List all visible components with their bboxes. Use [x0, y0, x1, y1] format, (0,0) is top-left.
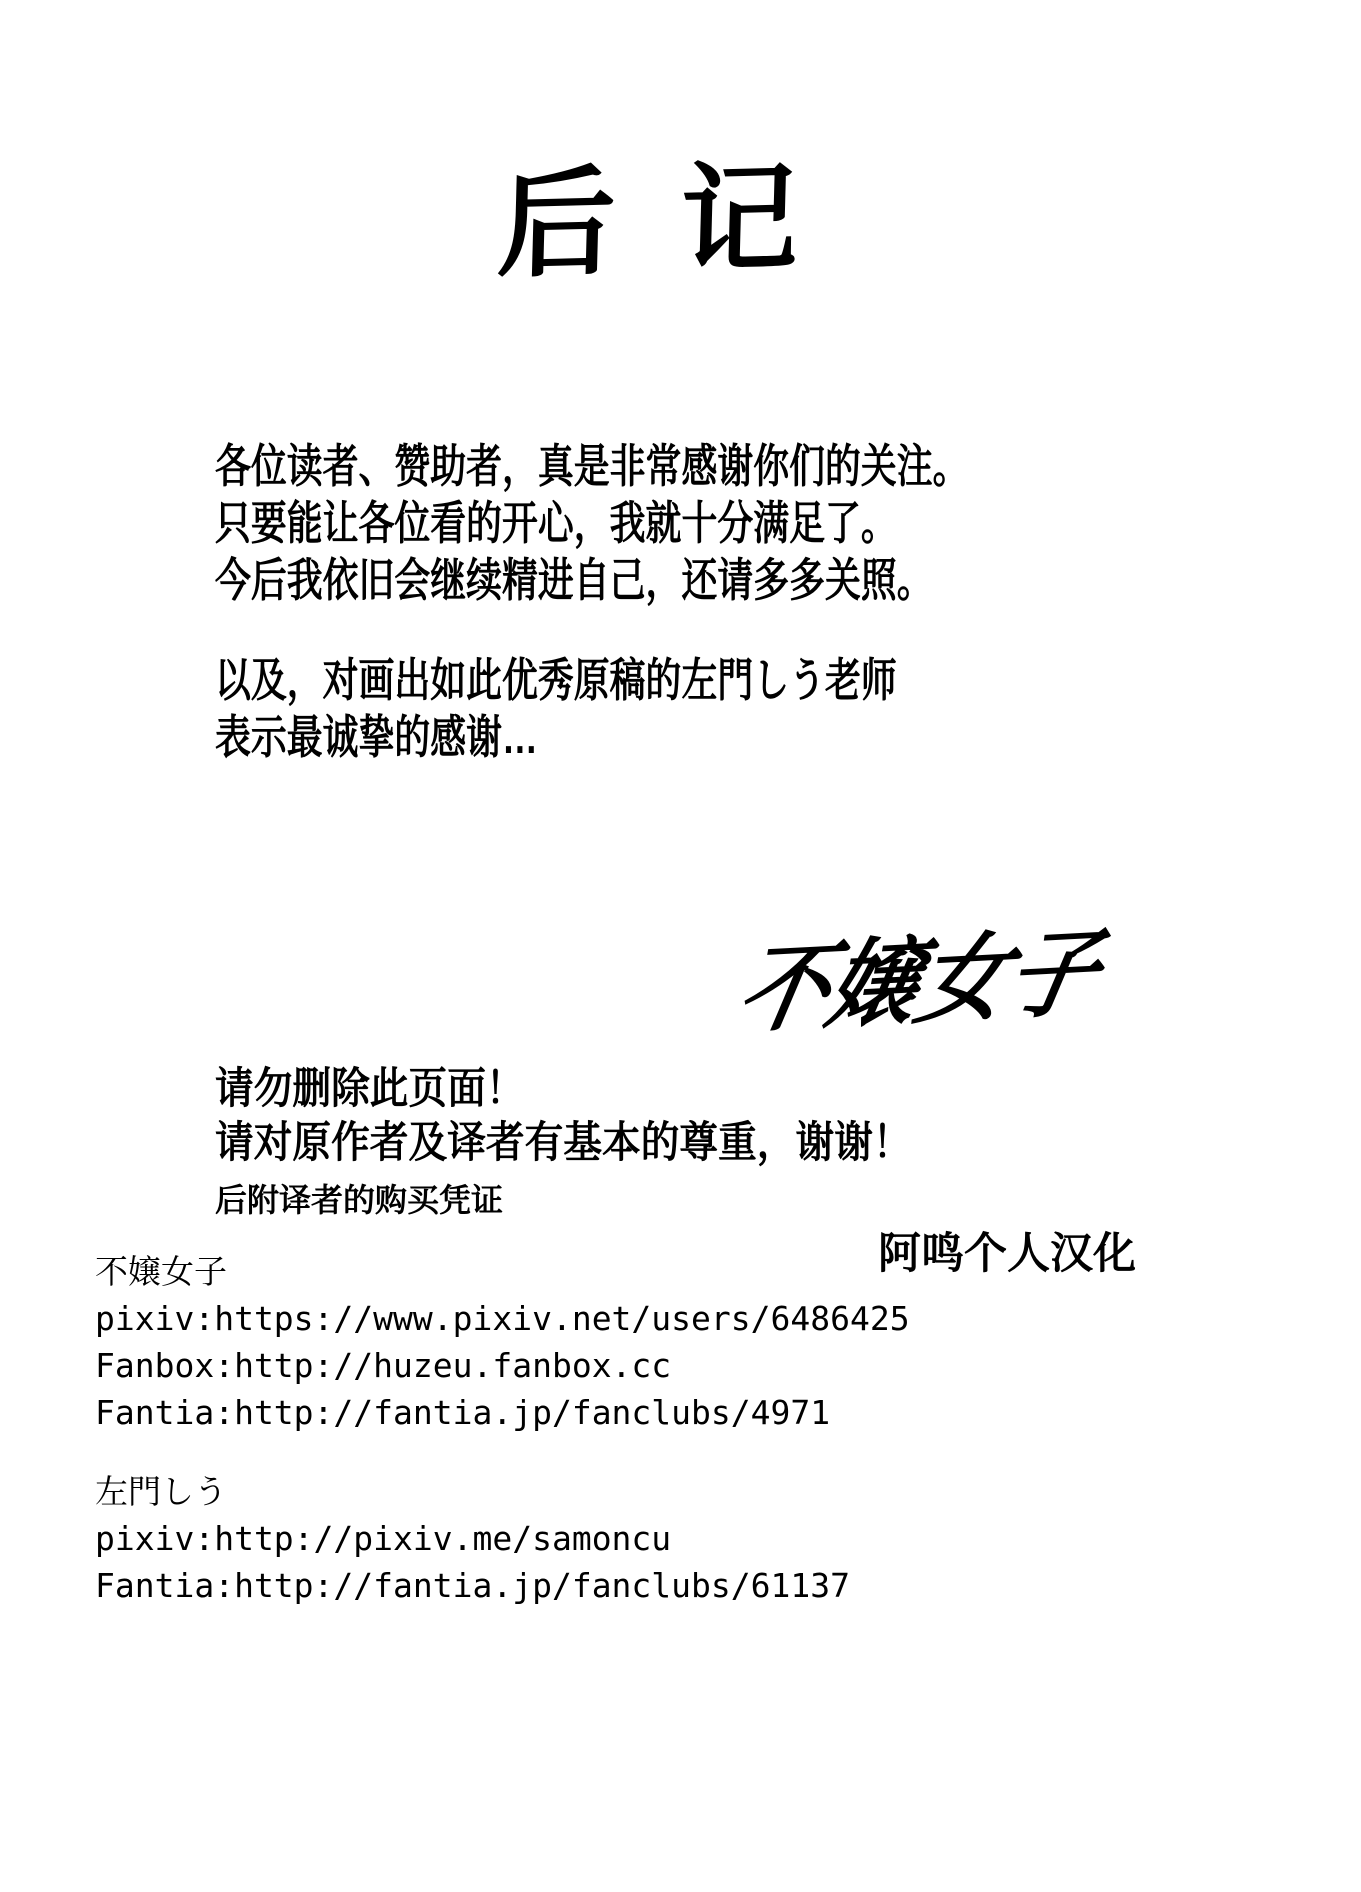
- paragraph-line: 各位读者、赞助者，真是非常感谢你们的关注。: [215, 438, 968, 495]
- paragraph-line: 只要能让各位看的开心，我就十分满足了。: [215, 495, 968, 552]
- notice-line: 请勿删除此页面！: [215, 1062, 912, 1116]
- artist-pixiv-link: pixiv:http://pixiv.me/samoncu: [95, 1515, 910, 1562]
- reader-thanks-paragraph: 各位读者、赞助者，真是非常感谢你们的关注。 只要能让各位看的开心，我就十分满足了…: [215, 438, 968, 609]
- paragraph-line: 以及，对画出如此优秀原稿的左門しう老师: [215, 652, 897, 709]
- translator-name: 不嬢女子: [95, 1248, 910, 1295]
- do-not-delete-notice: 请勿删除此页面！ 请对原作者及译者有基本的尊重，谢谢！: [215, 1062, 912, 1170]
- translator-fantia-link: Fantia:http://fantia.jp/fanclubs/4971: [95, 1389, 910, 1436]
- paragraph-line: 表示最诚挚的感谢…: [215, 709, 897, 766]
- handwritten-signature: 不嬢女子: [728, 897, 1112, 1052]
- page-title: 后记: [496, 120, 866, 300]
- translator-fanbox-link: Fanbox:http://huzeu.fanbox.cc: [95, 1342, 910, 1389]
- notice-line: 请对原作者及译者有基本的尊重，谢谢！: [215, 1116, 912, 1170]
- artist-fantia-link: Fantia:http://fantia.jp/fanclubs/61137: [95, 1562, 910, 1609]
- afterword-page: 后记 各位读者、赞助者，真是非常感谢你们的关注。 只要能让各位看的开心，我就十分…: [0, 0, 1361, 1892]
- credits-block: 不嬢女子 pixiv:https://www.pixiv.net/users/6…: [95, 1248, 910, 1609]
- translator-pixiv-link: pixiv:https://www.pixiv.net/users/648642…: [95, 1295, 910, 1342]
- paragraph-line: 今后我依旧会继续精进自己，还请多多关照。: [215, 552, 968, 609]
- artist-thanks-paragraph: 以及，对画出如此优秀原稿的左門しう老师 表示最诚挚的感谢…: [215, 652, 897, 766]
- purchase-proof-note: 后附译者的购买凭证: [215, 1175, 503, 1221]
- credits-spacer: [95, 1436, 910, 1468]
- translator-group-credit: 阿鸣个人汉化: [878, 1220, 1136, 1281]
- artist-name: 左門しう: [95, 1468, 910, 1515]
